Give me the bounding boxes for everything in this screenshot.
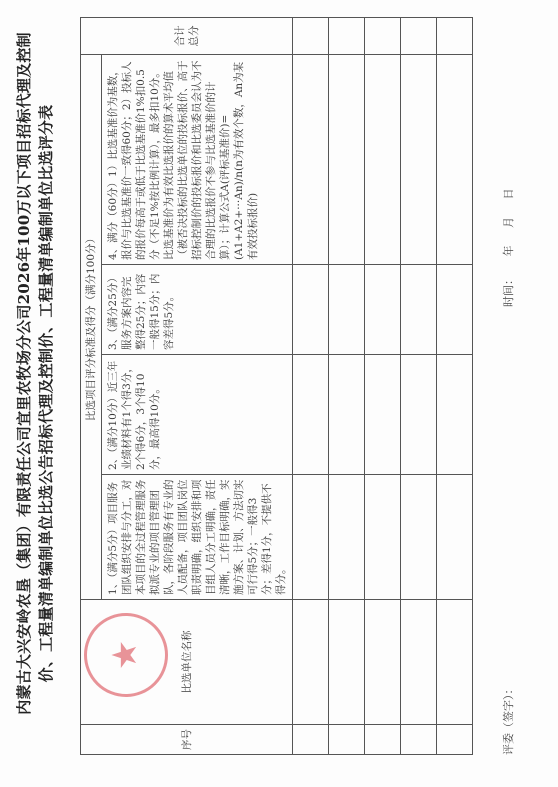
table-row — [365, 17, 401, 754]
judge-signature-label: 评委（签字）： — [500, 684, 516, 756]
cell-score[interactable] — [365, 265, 401, 355]
cell-seq[interactable] — [293, 725, 329, 755]
cell-score[interactable] — [365, 54, 401, 264]
cell-score[interactable] — [401, 475, 437, 600]
cell-score[interactable] — [365, 475, 401, 600]
cell-total[interactable] — [401, 17, 437, 54]
cell-score[interactable] — [401, 54, 437, 264]
rotated-document-page: 内蒙古大兴安岭农垦（集团）有限责任公司宜里农牧场分公司2026年100万以下项目… — [0, 0, 558, 787]
cell-score[interactable] — [329, 355, 365, 475]
cell-score[interactable] — [437, 355, 473, 475]
cell-score[interactable] — [365, 355, 401, 475]
cell-seq[interactable] — [365, 725, 401, 755]
criterion-3: 3、（满分25分）服务方案内容完整得25分；内容一般得15分；内容差得5分。 — [102, 265, 293, 355]
header-unit-name: 比选单位名称 — [81, 600, 293, 725]
document-title-line-2: 价、工程量清单编制单位比选公告招标代理及控制价、工程量清单编制单位比选评分表 — [36, 0, 56, 787]
cell-score[interactable] — [293, 54, 329, 264]
cell-unit[interactable] — [293, 600, 329, 725]
cell-score[interactable] — [329, 54, 365, 264]
cell-unit[interactable] — [329, 600, 365, 725]
header-criteria-group: 比选项目评分标准及得分（满分100分） — [81, 54, 102, 599]
table-row — [437, 17, 473, 754]
cell-unit[interactable] — [365, 600, 401, 725]
table-row — [401, 17, 437, 754]
cell-total[interactable] — [329, 17, 365, 54]
cell-score[interactable] — [437, 54, 473, 264]
cell-score[interactable] — [437, 475, 473, 600]
criterion-1: 1、（满分5分）项目服务团队组织安排与分工，对本项目的全过程管理服务拟派专业的项… — [102, 475, 293, 600]
cell-seq[interactable] — [329, 725, 365, 755]
criterion-2: 2、（满分10分）近三年业绩材料有1个得3分，2个得6分，3个得10分，最高得1… — [102, 355, 293, 475]
cell-score[interactable] — [329, 265, 365, 355]
table-row — [293, 17, 329, 754]
cell-score[interactable] — [293, 475, 329, 600]
cell-score[interactable] — [293, 355, 329, 475]
cell-unit[interactable] — [437, 600, 473, 725]
cell-total[interactable] — [365, 17, 401, 54]
header-total: 合计总分 — [81, 17, 293, 54]
cell-score[interactable] — [329, 475, 365, 600]
cell-score[interactable] — [437, 265, 473, 355]
cell-score[interactable] — [293, 265, 329, 355]
document-title-line-1: 内蒙古大兴安岭农垦（集团）有限责任公司宜里农牧场分公司2026年100万以下项目… — [14, 0, 34, 787]
cell-unit[interactable] — [401, 600, 437, 725]
table-row — [329, 17, 365, 754]
cell-total[interactable] — [437, 17, 473, 54]
cell-seq[interactable] — [437, 725, 473, 755]
cell-score[interactable] — [401, 265, 437, 355]
cell-total[interactable] — [293, 17, 329, 54]
scoring-table: 序号 比选单位名称 比选项目评分标准及得分（满分100分） 合计总分 1、（满分… — [80, 17, 473, 755]
criterion-4: 4、满分（60分）1）比选基准价为基数，报价与比选基准价一致得60分；2）投标人… — [102, 54, 293, 264]
cell-score[interactable] — [401, 355, 437, 475]
date-label: 时间： 年 月 日 — [500, 189, 516, 307]
cell-seq[interactable] — [401, 725, 437, 755]
header-seq: 序号 — [81, 725, 293, 755]
table-header-row: 序号 比选单位名称 比选项目评分标准及得分（满分100分） 合计总分 — [81, 17, 102, 754]
